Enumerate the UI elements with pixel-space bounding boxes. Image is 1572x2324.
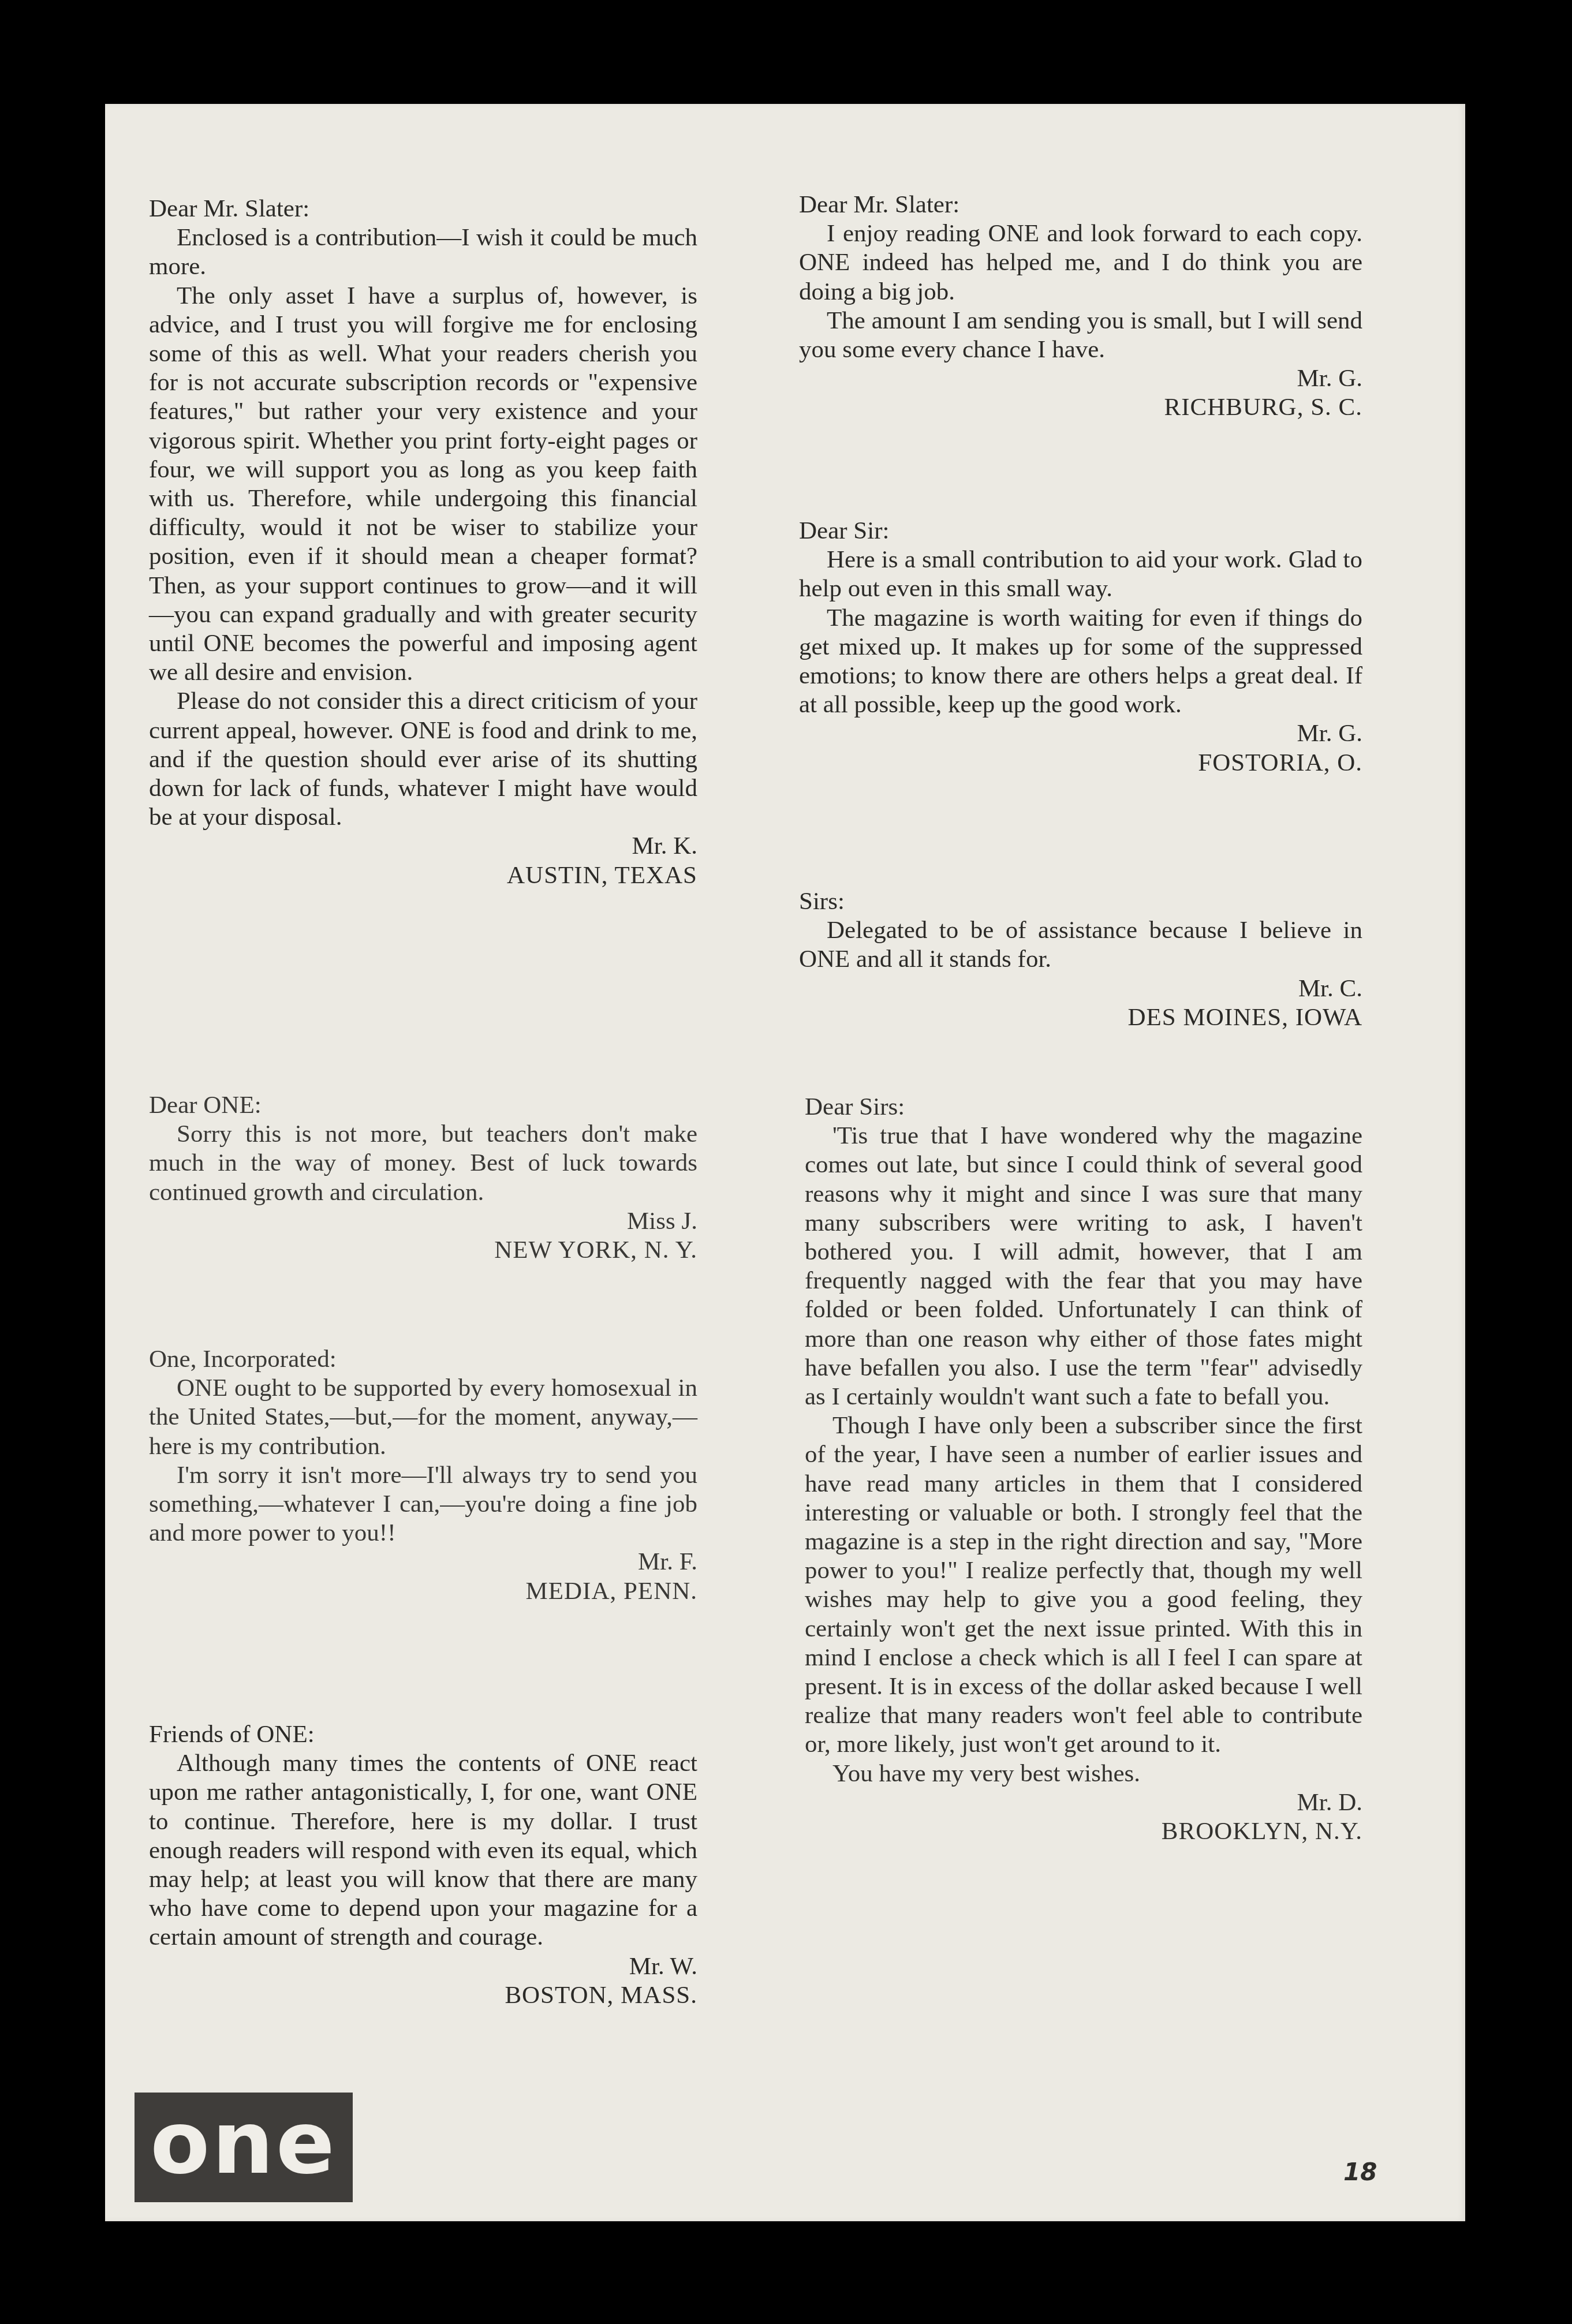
letter-paragraph: You have my very best wishes. xyxy=(805,1759,1362,1788)
letter-signature: Mr. W. xyxy=(149,1952,697,1981)
letter-city: RICHBURG, S. C. xyxy=(799,393,1362,422)
letter-salutation: Sirs: xyxy=(799,887,1362,916)
letter-paragraph: Delegated to be of assistance because I … xyxy=(799,916,1362,974)
letter-city: FOSTORIA, O. xyxy=(799,749,1362,778)
letter-city: BROOKLYN, N.Y. xyxy=(805,1817,1362,1846)
letter-brooklyn: Dear Sirs: 'Tis true that I have wondere… xyxy=(805,1093,1362,1846)
letter-des-moines: Sirs: Delegated to be of assistance beca… xyxy=(799,887,1362,1032)
page-number: 18 xyxy=(1343,2158,1377,2186)
letter-media: One, Incorporated: ONE ought to be suppo… xyxy=(149,1345,697,1606)
letter-signature: Mr. G. xyxy=(799,719,1362,748)
letter-salutation: Dear Sirs: xyxy=(805,1093,1362,1122)
one-magazine-logo-icon: one xyxy=(135,2093,353,2202)
letter-signature: Mr. D. xyxy=(805,1788,1362,1817)
letter-salutation: Dear Mr. Slater: xyxy=(799,190,1362,219)
letter-city: BOSTON, MASS. xyxy=(149,1981,697,2010)
letter-city: DES MOINES, IOWA xyxy=(799,1003,1362,1032)
letter-paragraph: Enclosed is a contribution—I wish it cou… xyxy=(149,223,697,281)
letter-paragraph: Here is a small contribution to aid your… xyxy=(799,545,1362,603)
letter-richburg: Dear Mr. Slater: I enjoy reading ONE and… xyxy=(799,190,1362,423)
letter-signature: Mr. F. xyxy=(149,1548,697,1576)
letter-paragraph: 'Tis true that I have wondered why the m… xyxy=(805,1122,1362,1411)
letter-city: NEW YORK, N. Y. xyxy=(149,1236,697,1265)
logo-text: one xyxy=(150,2100,337,2187)
letter-boston: Friends of ONE: Although many times the … xyxy=(149,1720,697,2010)
letter-salutation: Dear Sir: xyxy=(799,517,1362,545)
letter-paragraph: The only asset I have a surplus of, howe… xyxy=(149,282,697,688)
letter-new-york: Dear ONE: Sorry this is not more, but te… xyxy=(149,1091,697,1265)
letter-fostoria: Dear Sir: Here is a small contribution t… xyxy=(799,517,1362,778)
letter-paragraph: Though I have only been a subscriber sin… xyxy=(805,1411,1362,1759)
letter-paragraph: The amount I am sending you is small, bu… xyxy=(799,307,1362,364)
letter-austin: Dear Mr. Slater: Enclosed is a contribut… xyxy=(149,195,697,890)
letter-salutation: Dear Mr. Slater: xyxy=(149,195,697,223)
letter-paragraph: Although many times the contents of ONE … xyxy=(149,1749,697,1952)
letter-paragraph: Sorry this is not more, but teachers don… xyxy=(149,1120,697,1207)
letter-city: AUSTIN, TEXAS xyxy=(149,861,697,890)
letter-paragraph: I'm sorry it isn't more—I'll always try … xyxy=(149,1461,697,1548)
letter-paragraph: ONE ought to be supported by every homos… xyxy=(149,1374,697,1461)
letter-signature: Mr. G. xyxy=(799,364,1362,393)
letter-signature: Mr. C. xyxy=(799,974,1362,1003)
letter-paragraph: The magazine is worth waiting for even i… xyxy=(799,604,1362,720)
letter-paragraph: Please do not consider this a direct cri… xyxy=(149,687,697,832)
letter-signature: Mr. K. xyxy=(149,832,697,861)
letter-paragraph: I enjoy reading ONE and look forward to … xyxy=(799,219,1362,307)
letter-salutation: Friends of ONE: xyxy=(149,1720,697,1749)
letter-salutation: Dear ONE: xyxy=(149,1091,697,1120)
letter-city: MEDIA, PENN. xyxy=(149,1577,697,1606)
letter-signature: Miss J. xyxy=(149,1207,697,1236)
letter-salutation: One, Incorporated: xyxy=(149,1345,697,1374)
